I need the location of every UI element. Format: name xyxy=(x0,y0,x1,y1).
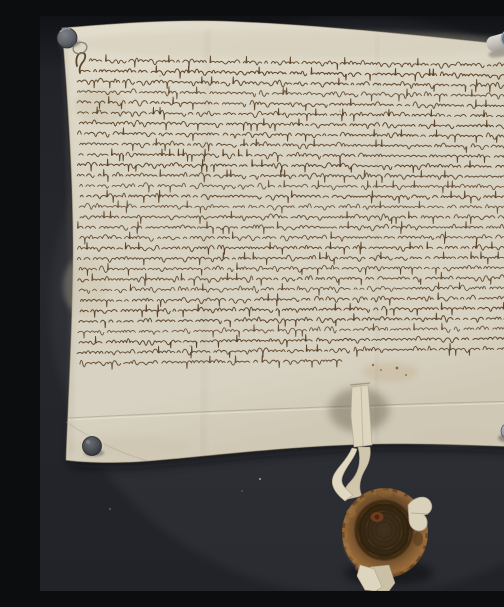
manuscript-photo: Photograph of a medieval parchment chart… xyxy=(40,16,504,591)
seal-tag-upper xyxy=(350,383,372,447)
photo-canvas xyxy=(40,16,504,591)
vertical-crease-right xyxy=(376,36,378,444)
parchment xyxy=(60,21,504,463)
seal-bowl xyxy=(354,499,414,561)
seal-center-dot xyxy=(375,515,380,520)
